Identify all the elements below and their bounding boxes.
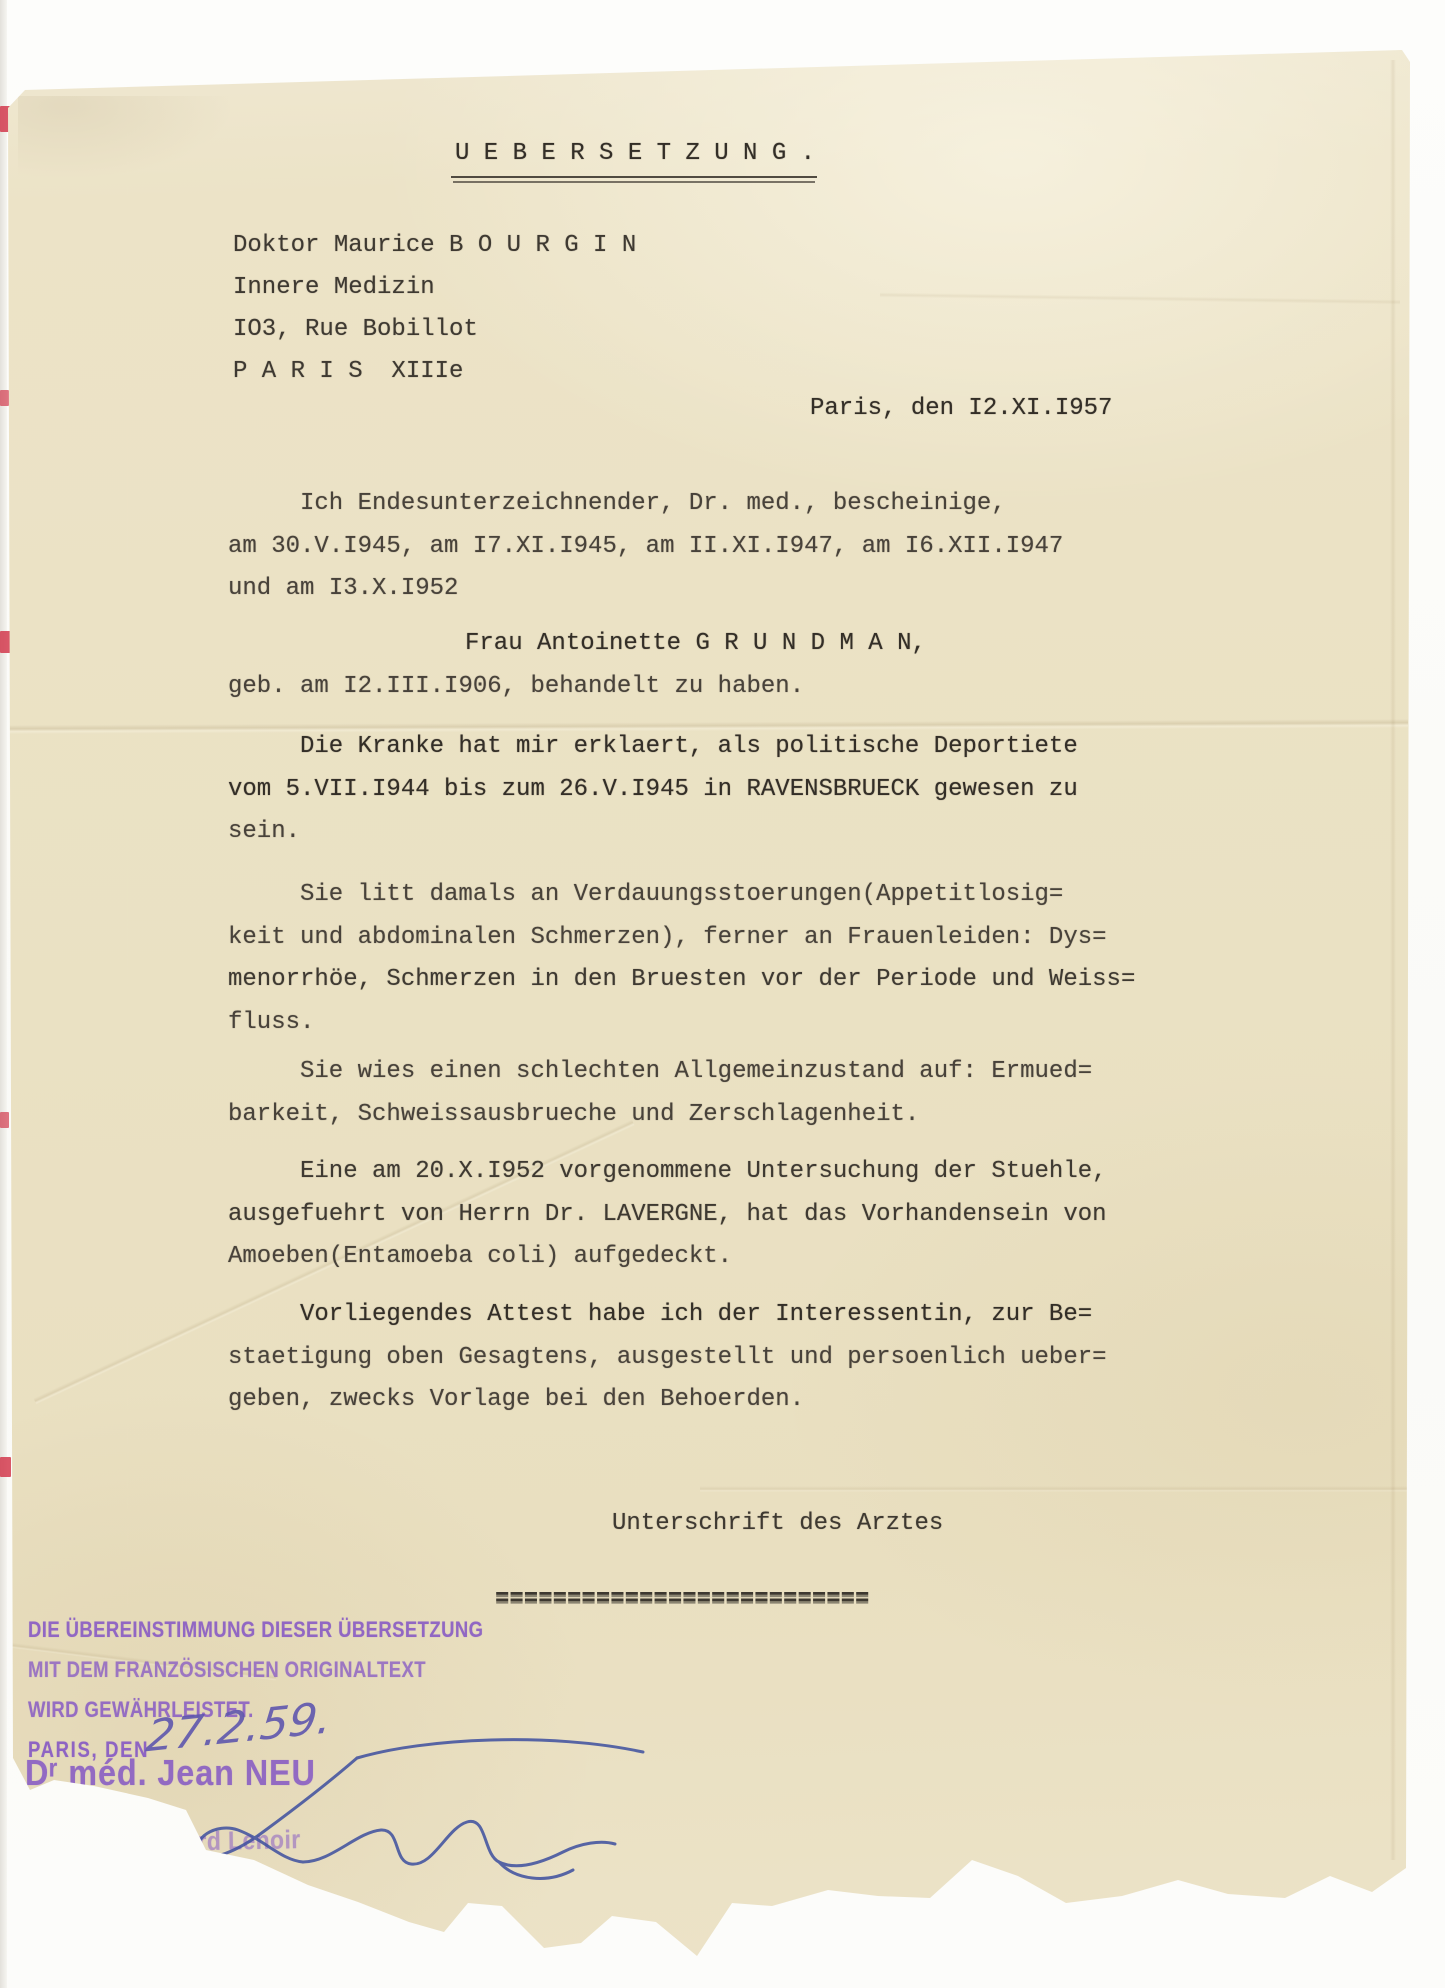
body-line: menorrhöe, Schmerzen in den Bruesten vor…: [228, 966, 1135, 993]
body-line: Eine am 20.X.I952 vorgenommene Untersuch…: [300, 1158, 1107, 1185]
title-underline: [451, 176, 817, 178]
sender-line-city: P A R I S XIIIe: [233, 358, 463, 385]
sender-line-street: IO3, Rue Bobillot: [233, 316, 478, 343]
document-paper: U E B E R S E T Z U N G . Doktor Maurice…: [0, 0, 1445, 1988]
body-line: Vorliegendes Attest habe ich der Interes…: [300, 1301, 1092, 1328]
red-edge-mark: [0, 1457, 11, 1477]
paper-crease: [700, 1486, 1408, 1492]
body-line: barkeit, Schweissausbrueche und Zerschla…: [228, 1101, 919, 1128]
certification-stamp-line: MIT DEM FRANZÖSISCHEN ORIGINALTEXT: [28, 1657, 426, 1683]
body-line: vom 5.VII.I944 bis zum 26.V.I945 in RAVE…: [228, 776, 1078, 803]
paper-crease: [880, 292, 1400, 304]
body-line: geb. am I2.III.I906, behandelt zu haben.: [228, 673, 804, 700]
body-line: fluss.: [228, 1009, 314, 1036]
body-line: Amoeben(Entamoeba coli) aufgedeckt.: [228, 1243, 732, 1270]
page-title: U E B E R S E T Z U N G .: [455, 140, 815, 167]
body-line: staetigung oben Gesagtens, ausgestellt u…: [228, 1344, 1107, 1371]
handwritten-signature: [95, 1712, 655, 1892]
body-line: keit und abdominalen Schmerzen), ferner …: [228, 924, 1107, 951]
body-line: Ich Endesunterzeichnender, Dr. med., bes…: [300, 490, 1006, 517]
paper-crease: [18, 96, 248, 186]
typed-separator-line: ==========================: [495, 1586, 869, 1613]
certification-stamp-line: DIE ÜBEREINSTIMMUNG DIESER ÜBERSETZUNG: [28, 1617, 483, 1643]
body-line: geben, zwecks Vorlage bei den Behoerden.: [228, 1386, 804, 1413]
title-underline: [453, 181, 815, 183]
body-line: Sie litt damals an Verdauungsstoerungen(…: [300, 881, 1063, 908]
sender-line-name: Doktor Maurice B O U R G I N: [233, 232, 636, 259]
red-edge-mark: [0, 390, 9, 406]
body-line: Frau Antoinette G R U N D M A N,: [465, 630, 926, 657]
red-edge-mark: [0, 1112, 9, 1128]
body-line: Die Kranke hat mir erklaert, als politis…: [300, 733, 1078, 760]
body-line: und am I3.X.I952: [228, 575, 458, 602]
signature-caption: Unterschrift des Arztes: [612, 1510, 943, 1537]
body-line: am 30.V.I945, am I7.XI.I945, am II.XI.I9…: [228, 533, 1063, 560]
sender-line-specialty: Innere Medizin: [233, 274, 435, 301]
body-line: sein.: [228, 818, 300, 845]
paper-crease: [1390, 60, 1396, 1860]
body-line: ausgefuehrt von Herrn Dr. LAVERGNE, hat …: [228, 1201, 1107, 1228]
body-line: Sie wies einen schlechten Allgemeinzusta…: [300, 1058, 1092, 1085]
paper-crease: [6, 719, 1408, 734]
scan-background: U E B E R S E T Z U N G . Doktor Maurice…: [0, 0, 1445, 1988]
date-line: Paris, den I2.XI.I957: [810, 395, 1112, 422]
